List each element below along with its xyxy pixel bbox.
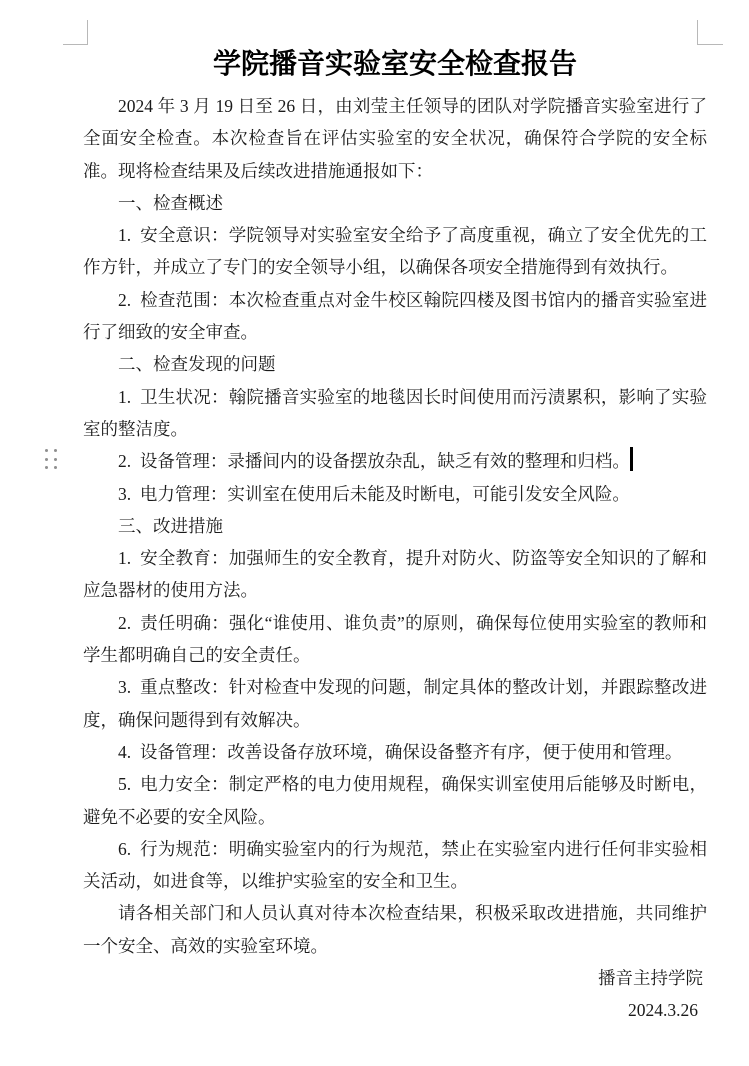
list-item: 1. 安全意识：学院领导对实验室安全给予了高度重视，确立了安全优先的工作方针，并… <box>83 219 707 284</box>
closing-paragraph: 请各相关部门和人员认真对待本次检查结果，积极采取改进措施，共同维护一个安全、高效… <box>83 897 707 962</box>
document-page: 学院播音实验室安全检查报告 2024 年 3 月 19 日至 26 日，由刘莹主… <box>83 44 707 1027</box>
section-heading-3: 三、改进措施 <box>83 510 707 542</box>
list-item: 2. 责任明确：强化“谁使用、谁负责”的原则，确保每位使用实验室的教师和学生都明… <box>83 607 707 672</box>
list-item: 4. 设备管理：改善设备存放环境，确保设备整齐有序，便于使用和管理。 <box>83 736 707 768</box>
list-item: 5. 电力安全：制定严格的电力使用规程，确保实训室使用后能够及时断电，避免不必要… <box>83 768 707 833</box>
document-body: 2024 年 3 月 19 日至 26 日，由刘莹主任领导的团队对学院播音实验室… <box>83 90 707 1027</box>
section-heading-2: 二、检查发现的问题 <box>83 348 707 380</box>
section-heading-1: 一、检查概述 <box>83 187 707 219</box>
intro-paragraph: 2024 年 3 月 19 日至 26 日，由刘莹主任领导的团队对学院播音实验室… <box>83 90 707 187</box>
list-item: 6. 行为规范：明确实验室内的行为规范，禁止在实验室内进行任何非实验相关活动，如… <box>83 833 707 898</box>
list-item: 2. 设备管理：录播间内的设备摆放杂乱，缺乏有效的整理和归档。 <box>83 445 707 477</box>
signature-date: 2024.3.26 <box>83 994 707 1026</box>
list-item: 3. 电力管理：实训室在使用后未能及时断电，可能引发安全风险。 <box>83 478 707 510</box>
document-canvas: { "document": { "title": "学院播音实验室安全检查报告"… <box>0 0 749 1066</box>
margin-mark-top-right-vertical <box>697 20 698 45</box>
list-item: 2. 检查范围：本次检查重点对金牛校区翰院四楼及图书馆内的播音实验室进行了细致的… <box>83 284 707 349</box>
list-item-text: 2. 设备管理：录播间内的设备摆放杂乱，缺乏有效的整理和归档。 <box>118 451 630 471</box>
list-item: 3. 重点整改：针对检查中发现的问题，制定具体的整改计划，并跟踪整改进度，确保问… <box>83 671 707 736</box>
text-caret <box>630 447 633 471</box>
margin-mark-top-left-vertical <box>87 20 88 45</box>
paragraph-drag-handle-icon[interactable] <box>44 449 58 469</box>
list-item: 1. 卫生状况：翰院播音实验室的地毯因长时间使用而污渍累积，影响了实验室的整洁度… <box>83 381 707 446</box>
document-title: 学院播音实验室安全检查报告 <box>83 47 707 83</box>
signature: 播音主持学院 <box>83 962 707 994</box>
list-item: 1. 安全教育：加强师生的安全教育，提升对防火、防盗等安全知识的了解和应急器材的… <box>83 542 707 607</box>
